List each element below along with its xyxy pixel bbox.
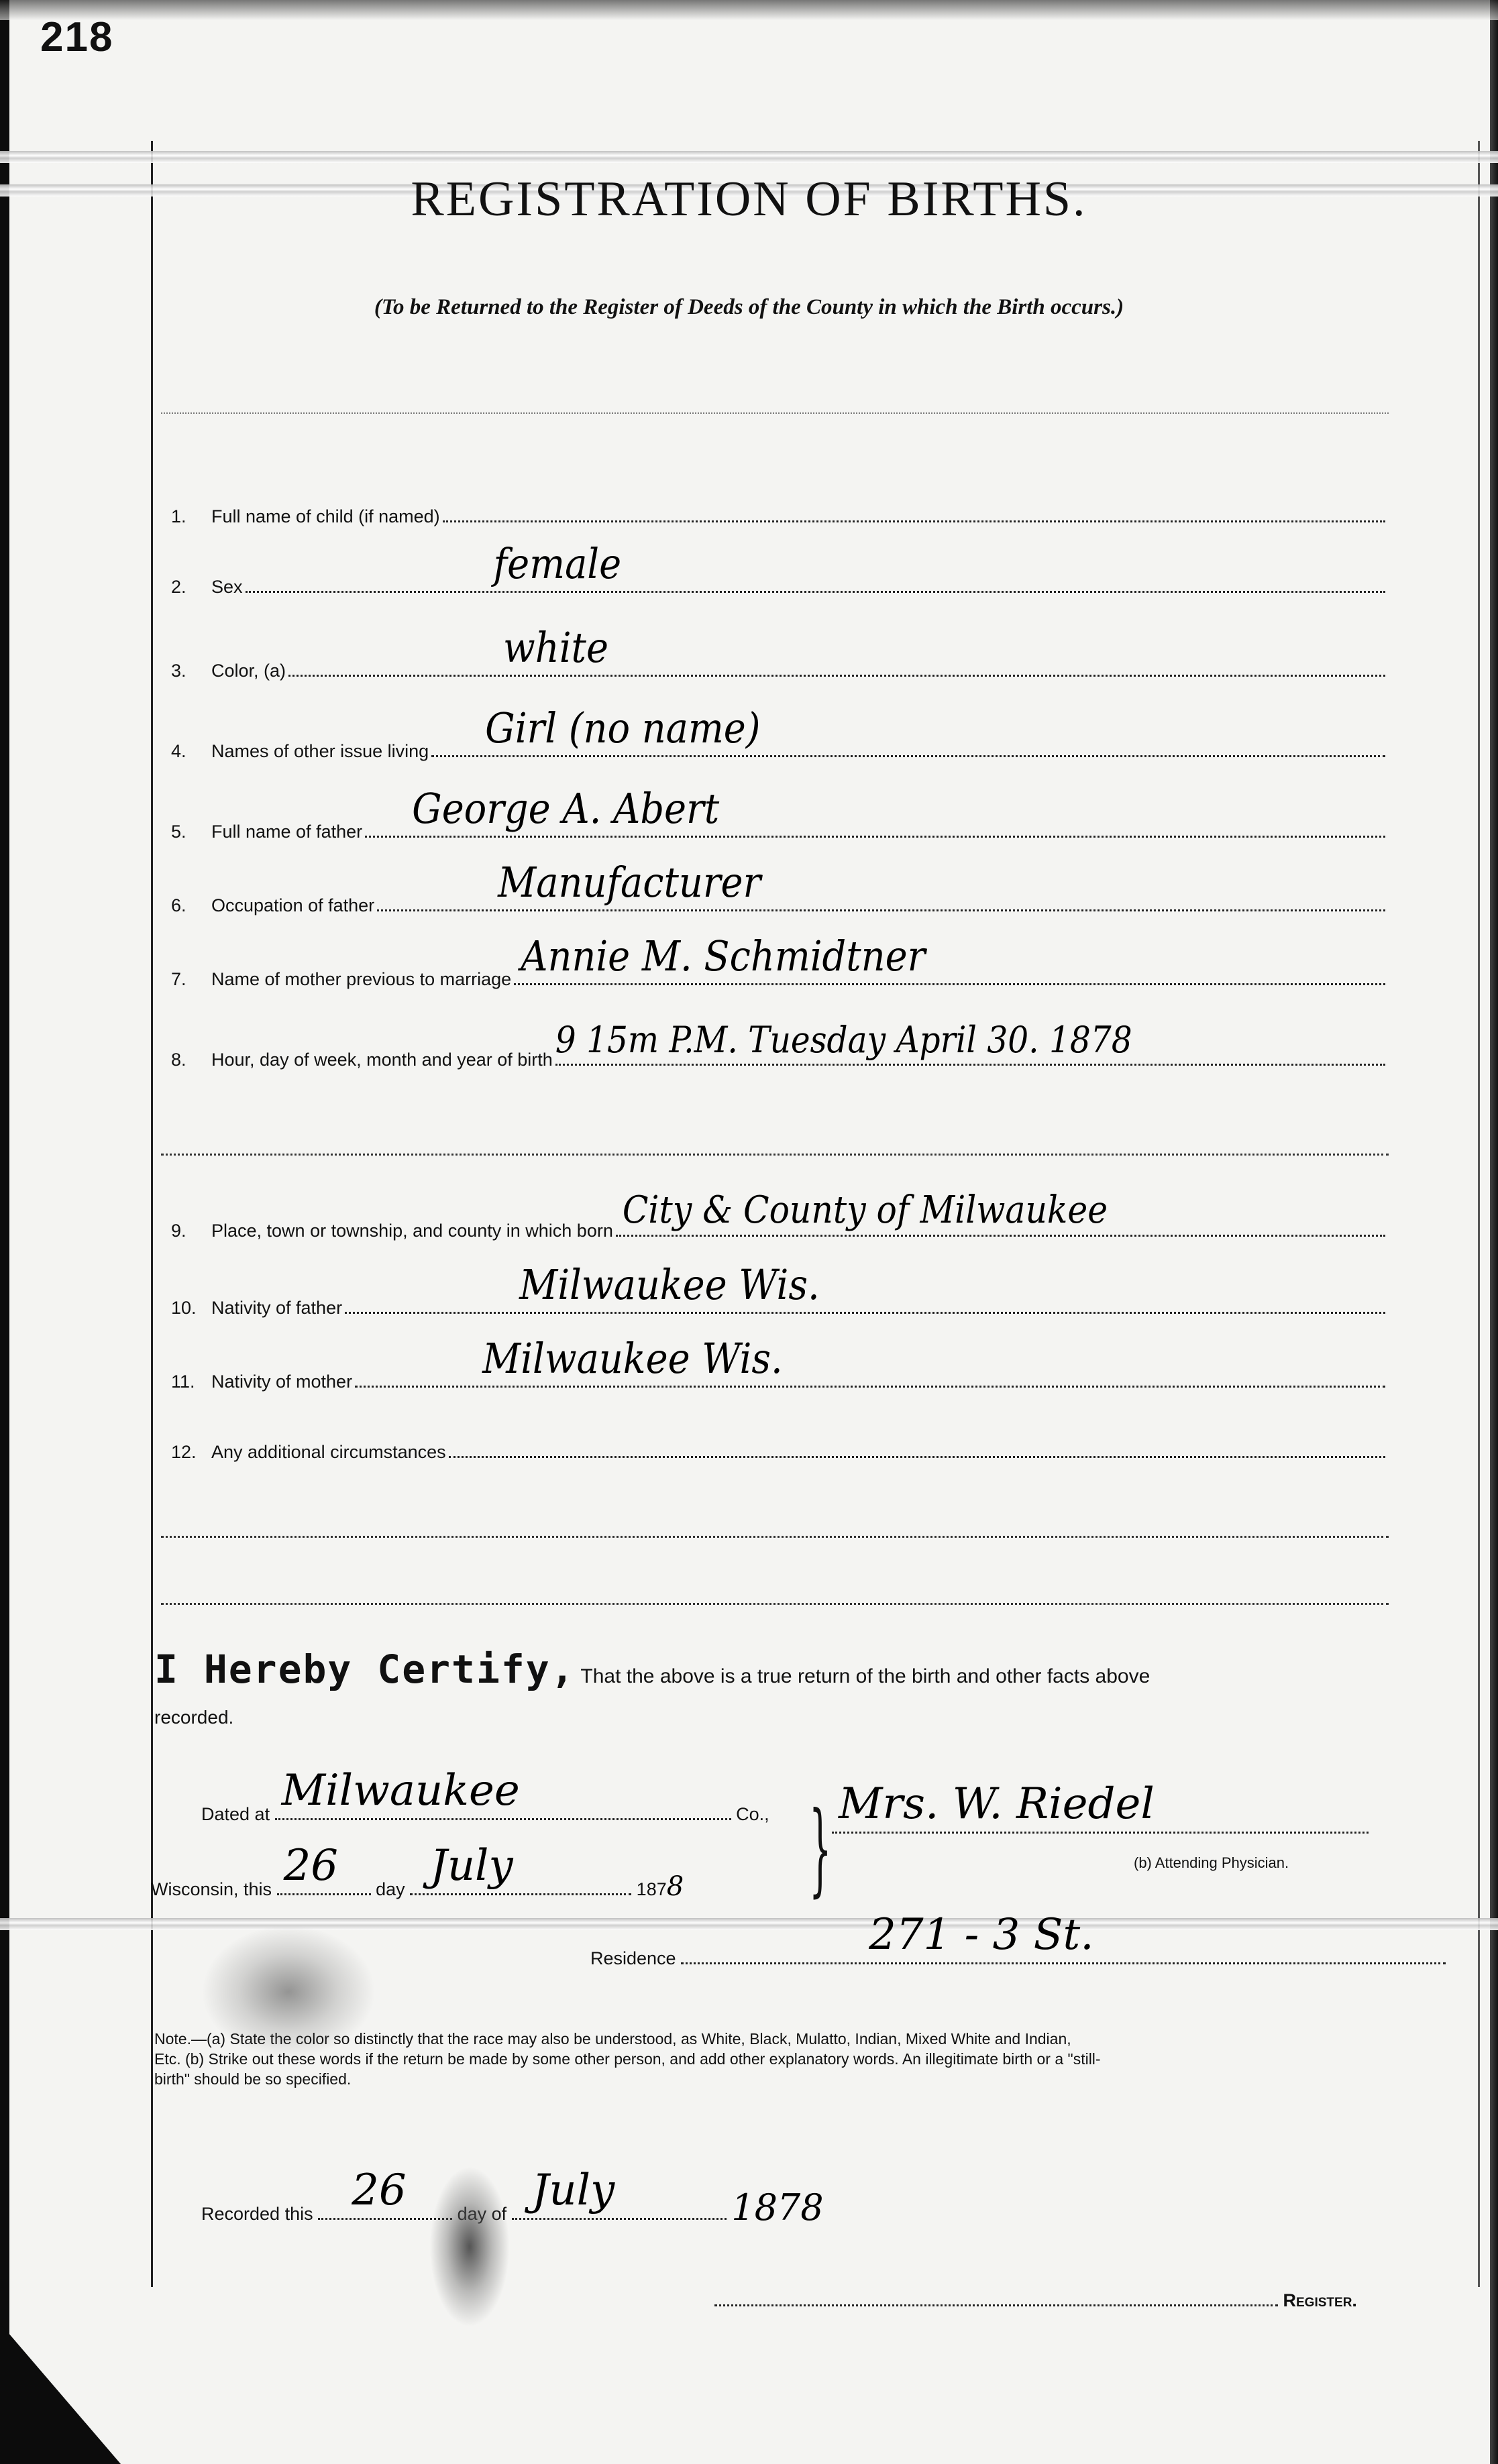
field-color: 3. Color, (a) white	[171, 661, 1385, 681]
recorded-year: 1878	[731, 2186, 823, 2229]
field-label: Nativity of father	[211, 1298, 342, 1319]
continuation-line	[161, 1603, 1389, 1605]
field-father-nativity: 10. Nativity of father Milwaukee Wis.	[171, 1298, 1385, 1319]
field-value: female	[494, 539, 622, 588]
field-child-name: 1. Full name of child (if named)	[171, 506, 1385, 527]
divider	[161, 412, 1389, 414]
residence-line: Residence 271 - 3 St.	[590, 1948, 1446, 1969]
register-label: Register.	[1283, 2290, 1357, 2310]
dated-at-line: Dated at Milwaukee Co.,	[201, 1804, 769, 1825]
field-father-occupation: 6. Occupation of father Manufacturer	[171, 895, 1385, 916]
field-value: 9 15m P.M. Tuesday April 30. 1878	[555, 1019, 1132, 1061]
scan-edge-left	[0, 0, 9, 2464]
residence-value: 271 - 3 St.	[869, 1910, 1093, 1960]
form-subtitle: (To be Returned to the Register of Deeds…	[0, 295, 1498, 320]
field-value-line: Manufacturer	[377, 905, 1385, 911]
field-mother-nativity: 11. Nativity of mother Milwaukee Wis.	[171, 1371, 1385, 1392]
field-label: Full name of father	[211, 822, 362, 842]
page-number: 218	[40, 13, 113, 61]
field-sex: 2. Sex female	[171, 577, 1385, 598]
field-value: white	[503, 623, 608, 672]
scan-artifact-band	[0, 1918, 1498, 1930]
certify-heading: I Hereby Certify,	[154, 1646, 576, 1692]
field-value: City & County of Milwaukee	[623, 1188, 1108, 1232]
ink-smudge	[429, 2166, 510, 2327]
field-label: Sex	[211, 577, 243, 598]
month-value: July	[430, 1841, 513, 1891]
certification-statement: I Hereby Certify, That the above is a tr…	[154, 1646, 1150, 1692]
field-label: Occupation of father	[211, 895, 374, 916]
field-value-line: Milwaukee Wis.	[355, 1382, 1385, 1388]
field-label: Place, town or township, and county in w…	[211, 1221, 613, 1241]
wisconsin-date-line: Wisconsin, this 26 day July 1878	[151, 1871, 684, 1902]
field-value: Girl (no name)	[485, 704, 760, 752]
field-value-line: Girl (no name)	[431, 751, 1385, 757]
scan-edge-right	[1490, 0, 1498, 2464]
field-birth-place: 9. Place, town or township, and county i…	[171, 1221, 1385, 1241]
continuation-line	[161, 1154, 1389, 1156]
dated-at-value: Milwaukee	[282, 1766, 520, 1815]
field-value-line: City & County of Milwaukee	[616, 1231, 1385, 1237]
continuation-line	[161, 1536, 1389, 1538]
field-value-line: Milwaukee Wis.	[345, 1308, 1385, 1314]
physician-line: Mrs. W. Riedel	[832, 1817, 1369, 1838]
field-label: Full name of child (if named)	[211, 506, 440, 527]
form-title: REGISTRATION OF BIRTHS.	[0, 171, 1498, 228]
field-value-line: white	[288, 671, 1385, 677]
field-value-line: Annie M. Schmidtner	[514, 979, 1385, 985]
field-other-issue: 4. Names of other issue living Girl (no …	[171, 741, 1385, 762]
day-value: 26	[284, 1841, 338, 1891]
field-value: Manufacturer	[498, 858, 761, 907]
page-corner-fold	[0, 2323, 121, 2464]
year-value: 8	[667, 1871, 684, 1902]
field-label: Hour, day of week, month and year of bir…	[211, 1050, 553, 1070]
register-signature-line: Register.	[714, 2290, 1357, 2311]
field-value: Milwaukee Wis.	[482, 1334, 783, 1383]
scan-smudge-top	[0, 0, 1498, 20]
field-value-line: female	[246, 587, 1385, 593]
certify-text: That the above is a true return of the b…	[580, 1665, 1150, 1687]
field-birth-datetime: 8. Hour, day of week, month and year of …	[171, 1050, 1385, 1070]
recorded-day: 26	[352, 2166, 406, 2215]
field-value: George A. Abert	[412, 784, 719, 833]
recorded-month: July	[532, 2166, 615, 2215]
field-label: Names of other issue living	[211, 741, 429, 762]
field-label: Name of mother previous to marriage	[211, 969, 511, 990]
physician-label: (b) Attending Physician.	[1134, 1854, 1289, 1872]
brace: }	[809, 1791, 831, 1907]
field-value: Annie M. Schmidtner	[521, 932, 925, 981]
field-value-line: George A. Abert	[365, 832, 1385, 838]
field-value: Milwaukee Wis.	[519, 1260, 820, 1309]
field-mother-maiden-name: 7. Name of mother previous to marriage A…	[171, 969, 1385, 990]
field-additional-circumstances: 12. Any additional circumstances	[171, 1442, 1385, 1463]
field-value-line	[443, 516, 1385, 522]
field-father-name: 5. Full name of father George A. Abert	[171, 822, 1385, 842]
recorded-line: Recorded this 26 day of July 1878	[201, 2186, 824, 2229]
ink-smudge	[201, 1925, 376, 2059]
field-value-line	[449, 1452, 1385, 1458]
field-label: Any additional circumstances	[211, 1442, 446, 1463]
certify-text-continued: recorded.	[154, 1707, 233, 1728]
scan-artifact-band	[0, 151, 1498, 163]
physician-value: Mrs. W. Riedel	[839, 1779, 1155, 1829]
field-label: Color, (a)	[211, 661, 286, 681]
field-value-line: 9 15m P.M. Tuesday April 30. 1878	[555, 1060, 1385, 1066]
field-label: Nativity of mother	[211, 1371, 352, 1392]
